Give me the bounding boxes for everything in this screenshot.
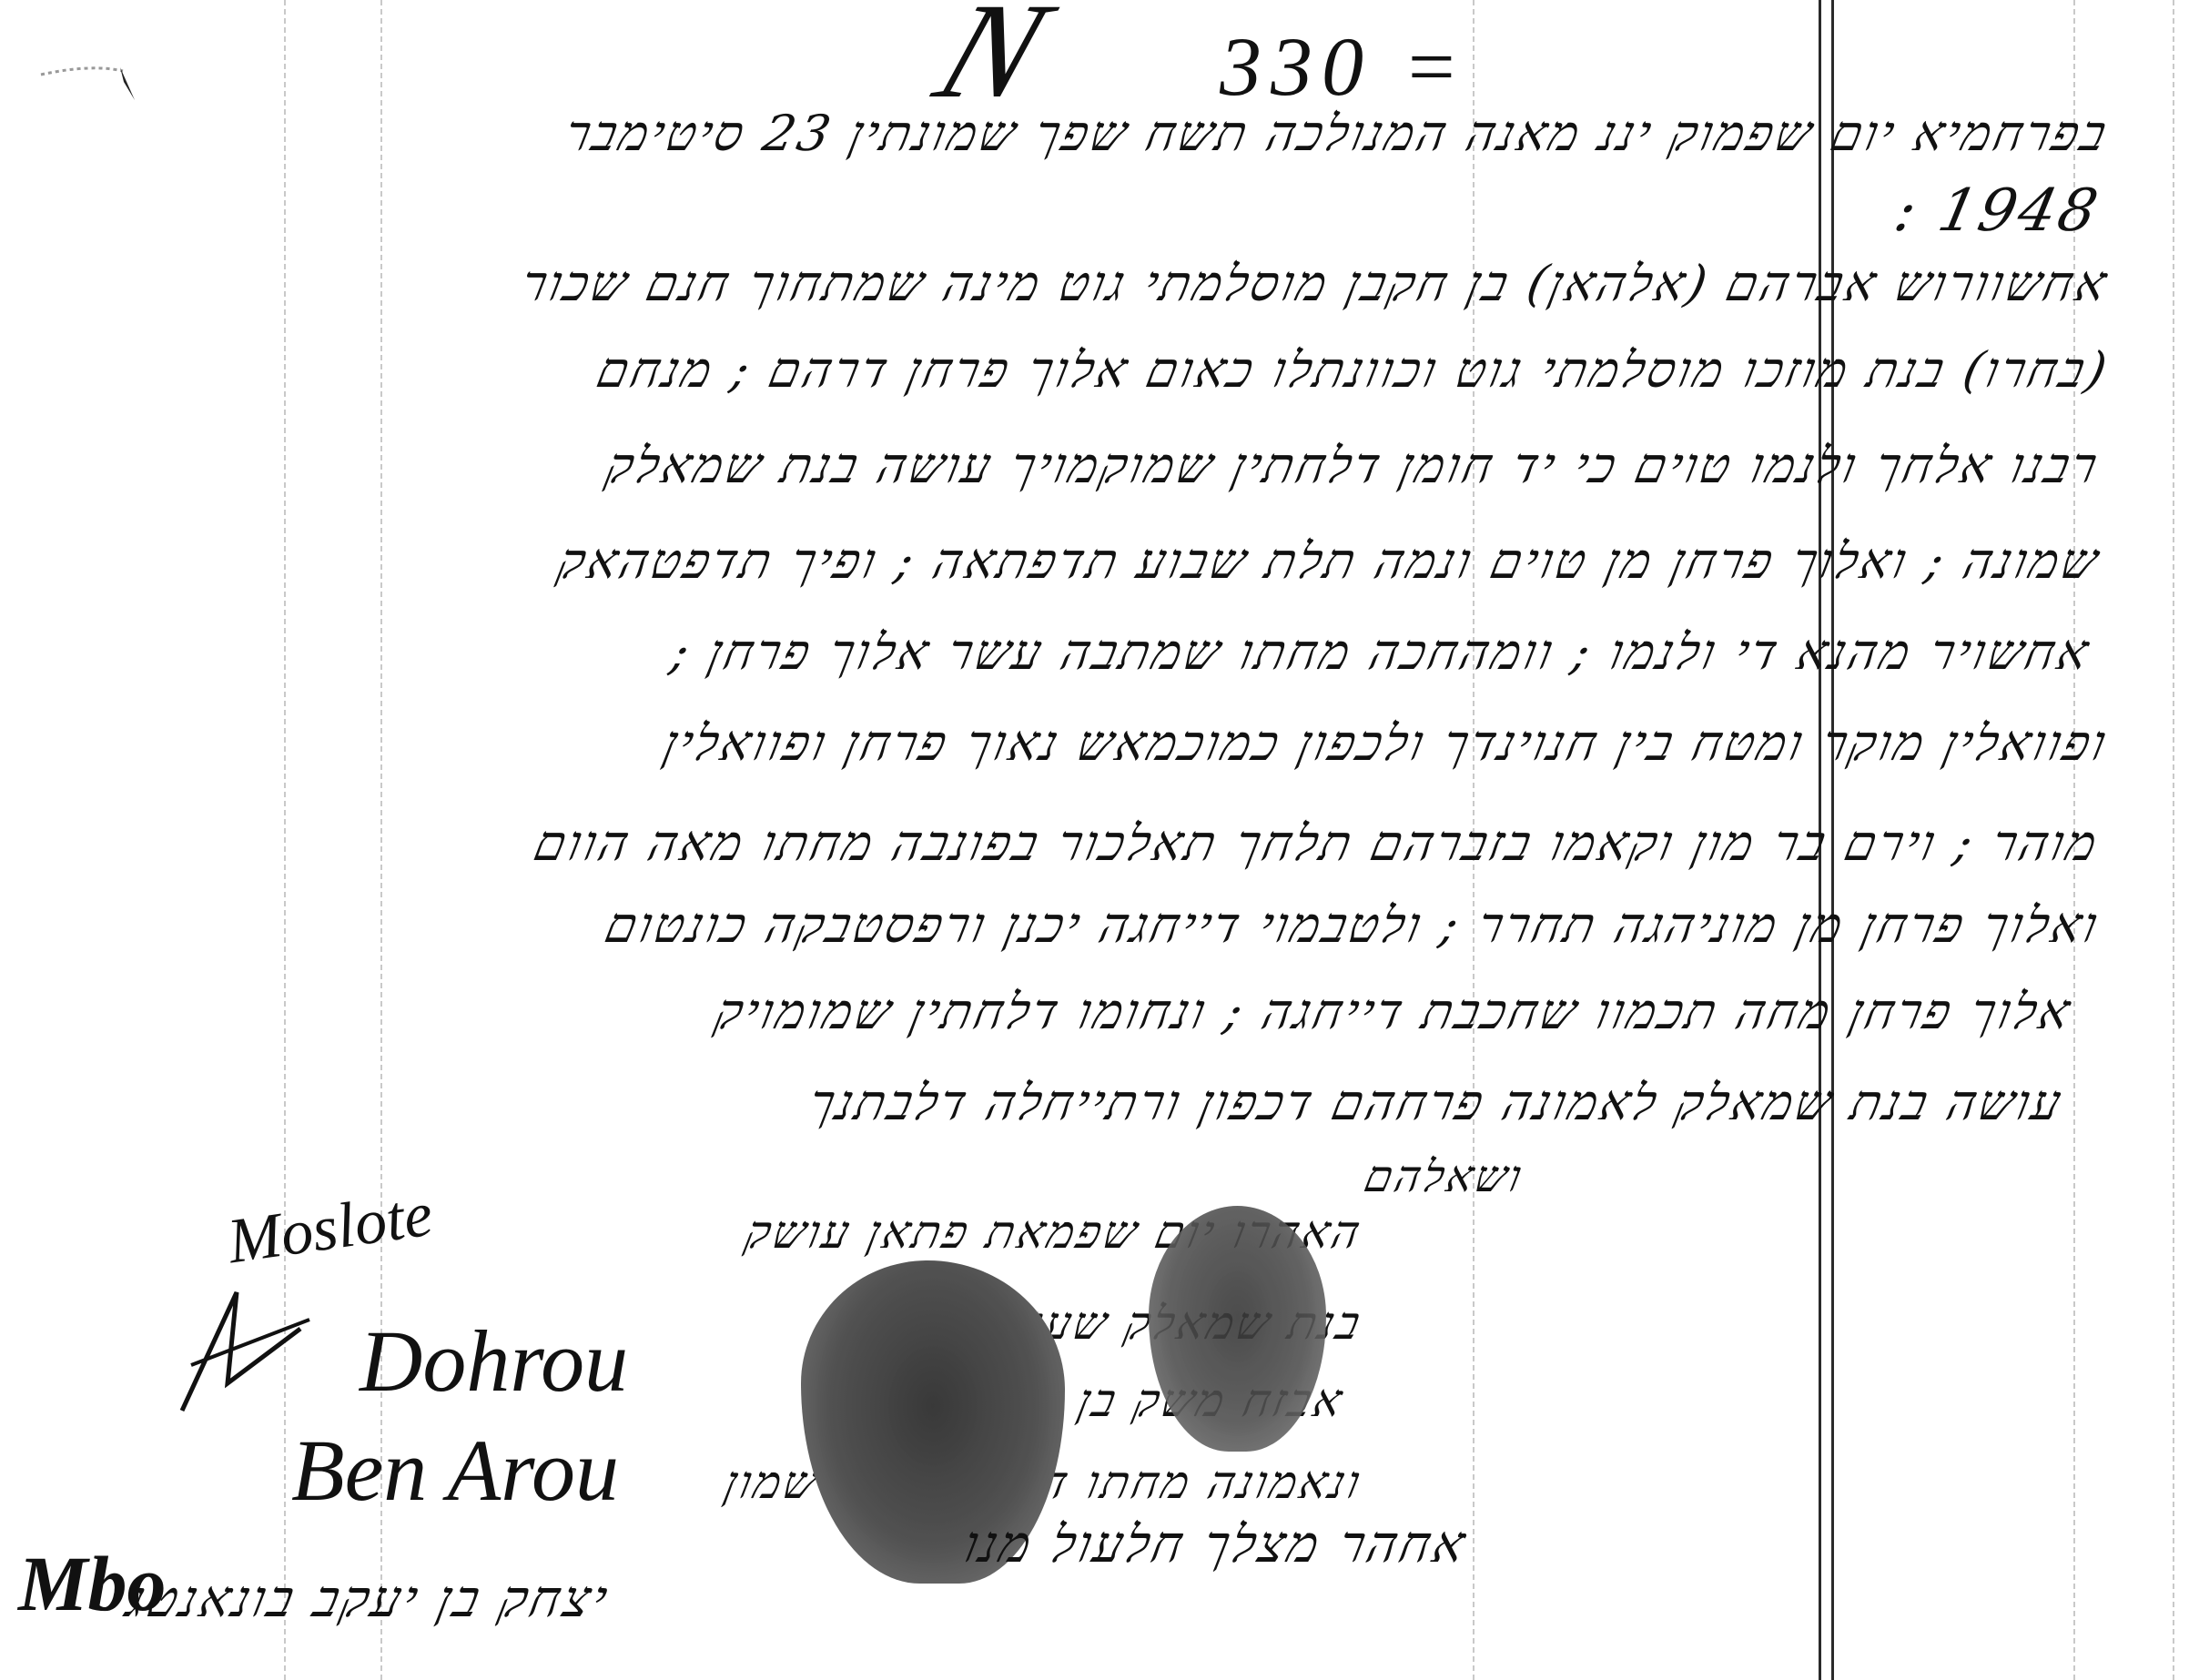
text-line: עושה בנת שמאלק לאמונה פרחהם דכפון ורתייח…: [804, 1074, 2069, 1131]
text-line: אחשויר מהנא די ולנמו ; וומהחכה מחתו שמתב…: [665, 623, 2096, 681]
witness-line: אחהר מצלך חלעול מנו: [958, 1515, 1473, 1574]
arrow-mark-icon: [36, 55, 164, 118]
signature-line-3: Ben Arou: [291, 1420, 619, 1521]
text-line: ושאלהם: [1360, 1151, 1529, 1202]
fingerprint-right: [1149, 1206, 1326, 1452]
ruling-line: [2173, 0, 2174, 1680]
text-line: ופוואלין מוקר ומטח בין חנוינדך ולכפון כמ…: [659, 714, 2114, 772]
witness-line: יצחק בן יעקב בונאנטג: [121, 1570, 615, 1629]
year-line: : 1948: [1889, 177, 2106, 245]
text-line: רבנו אלחך ולנמו טוים כי יד חומן דלחתין ש…: [602, 437, 2105, 494]
text-line: אחשוורוש אברהם (אלהאן) בן חקבן מוסלמתי ג…: [516, 255, 2113, 312]
text-line: ואלוך פרחן מן מוניהגה תחרר ; ולטבמוי דיי…: [600, 896, 2105, 954]
text-line: בפרחמיא יום שפמוק יננ מאנה המנולכה תשח ש…: [561, 105, 2114, 162]
number-value: 330 =: [1220, 18, 1468, 115]
signature-line-2: Dohrou: [360, 1311, 628, 1412]
text-line: מוהר ; וירם בר מון וקאמו בזברהם תלחך תאל…: [530, 815, 2105, 872]
text-line: (בחרו) בנת מוזכו מוסלמתי גוט וכוונתלו כא…: [592, 341, 2114, 399]
signature-initials: Mbo: [18, 1538, 166, 1629]
signature-flourish-icon: [173, 1256, 319, 1438]
text-line: שמונה ; ואלוך פרחן מן טוים ונמה תלת שבוע…: [552, 532, 2105, 590]
text-line: אלוך פרחן מחה תכמוו שחכבת דייחגה ; ונחומ…: [710, 983, 2077, 1040]
